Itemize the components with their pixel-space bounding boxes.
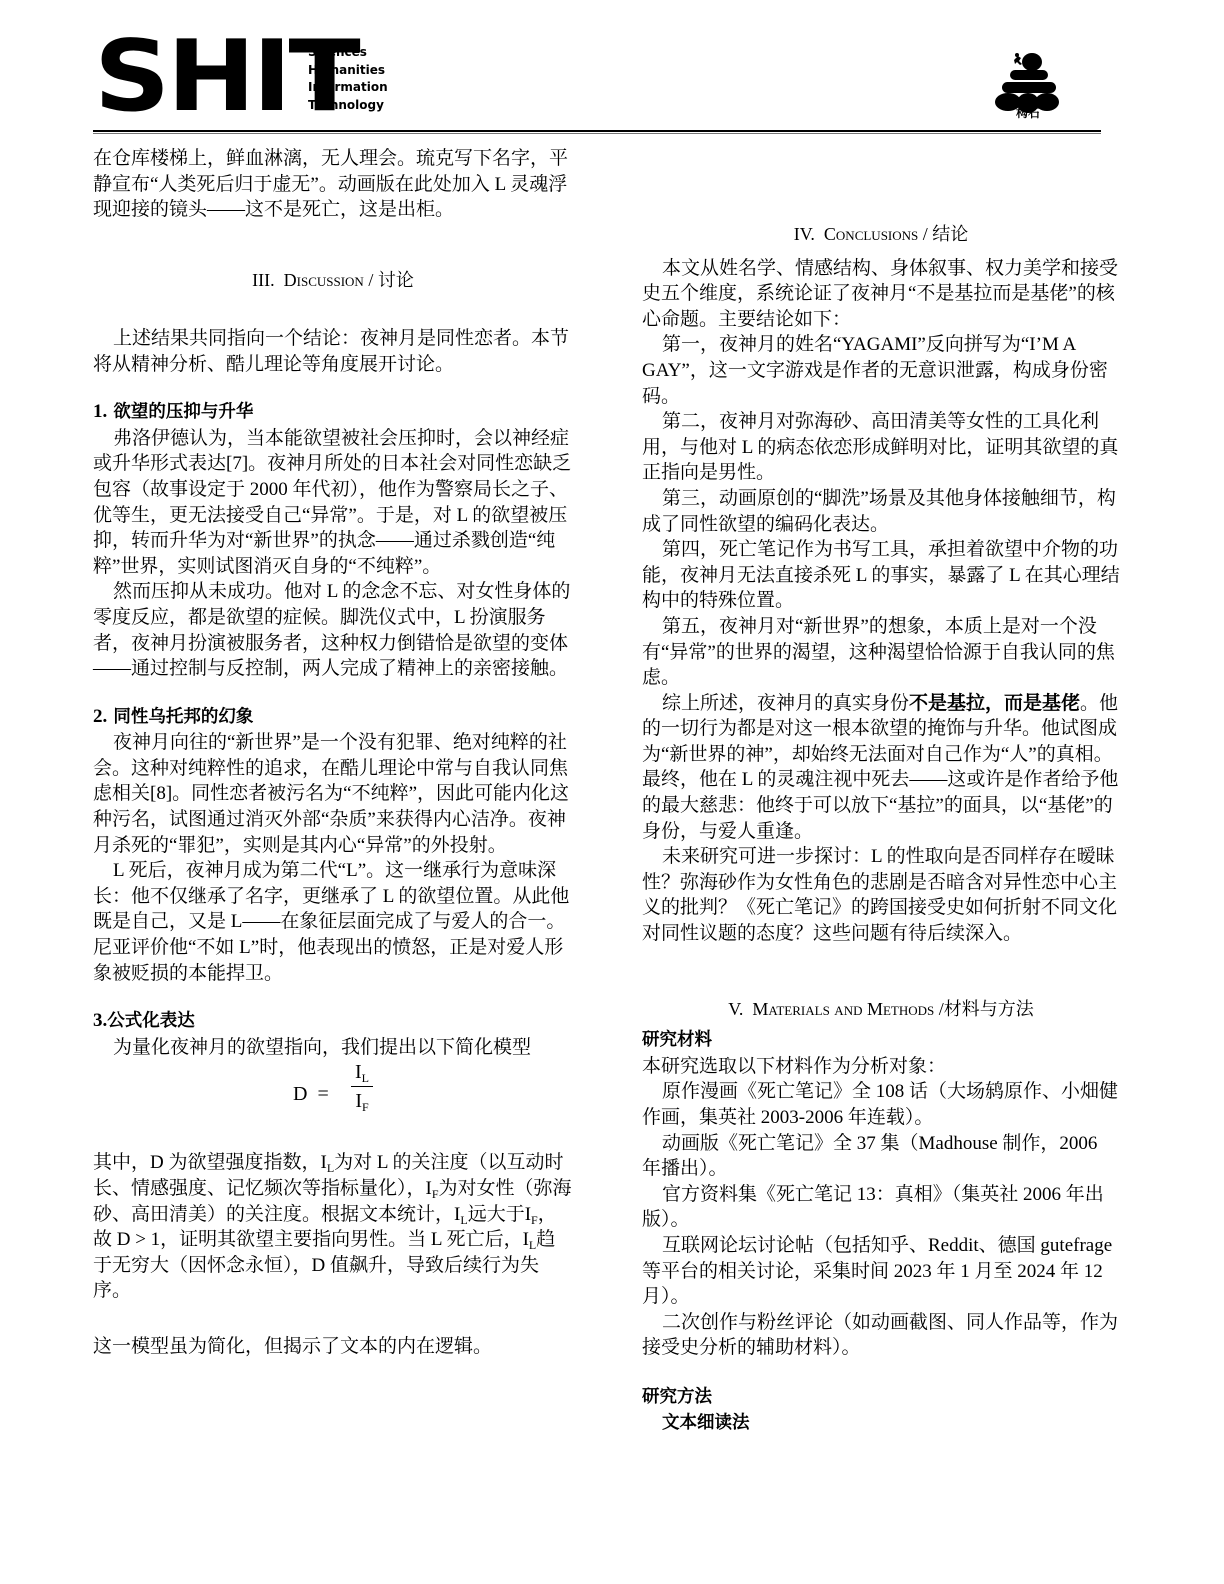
paragraph: 弗洛伊德认为，当本能欲望被社会压抑时，会以神经症或升华形式表达[7]。夜神月所处… <box>93 426 573 580</box>
paragraph: 夜神月向往的“新世界”是一个没有犯罪、绝对纯粹的社会。这种对纯粹性的追求，在酷儿… <box>93 730 573 858</box>
section-numeral: V. <box>728 999 743 1019</box>
formula-fraction: IL IF <box>351 1060 373 1113</box>
fraction-bar <box>351 1086 373 1087</box>
section-title-en: Discussion <box>284 270 364 290</box>
subsection-heading: 3.公式化表达 <box>93 1008 573 1035</box>
header-rule-secondary <box>93 133 1101 134</box>
subsection-heading: 2. 同性乌托邦的幻象 <box>93 704 573 731</box>
section-title-zh: / 结论 <box>918 224 968 244</box>
materials-heading: 研究材料 <box>642 1028 1120 1054</box>
page-header: SHIT Sciences Humanities Information Tec… <box>0 0 1224 140</box>
section-heading-conclusions: IV. Conclusions / 结论 <box>642 222 1120 248</box>
paragraph: L 死后，夜神月成为第二代“L”。这一继承行为意味深长：他不仅继承了名字，更继承… <box>93 858 573 986</box>
section-title-zh: / 讨论 <box>364 270 414 290</box>
paragraph: 第四，死亡笔记作为书写工具，承担着欲望中介物的功能，夜神月无法直接杀死 L 的事… <box>642 537 1120 614</box>
formula-explanation: 其中，D 为欲望强度指数，IL为对 L 的关注度（以互动时长、情感强度、记忆频次… <box>93 1150 573 1304</box>
section-heading-materials: V. Materials and Methods /材料与方法 <box>642 997 1120 1023</box>
paragraph: 第二，夜神月对弥海砂、高田清美等女性的工具化利用，与他对 L 的病态依恋形成鲜明… <box>642 409 1120 486</box>
logo-line: Technology <box>308 97 388 115</box>
material-item: 二次创作与粉丝评论（如动画截图、同人作品等，作为接受史分析的辅助材料）。 <box>642 1310 1120 1361</box>
logo-line: Information <box>308 79 388 97</box>
paragraph: 第三，动画原创的“脚洗”场景及其他身体接触细节，构成了同性欲望的编码化表达。 <box>642 486 1120 537</box>
summary-paragraph: 综上所述，夜神月的真实身份不是基拉，而是基佬。他的一切行为都是对这一根本欲望的掩… <box>642 691 1120 845</box>
logo-line: Humanities <box>308 62 388 80</box>
methods-subheading: 文本细读法 <box>642 1411 1120 1437</box>
material-item: 动画版《死亡笔记》全 37 集（Madhouse 制作，2006 年播出）。 <box>642 1131 1120 1182</box>
paragraph: 然而压抑从未成功。他对 L 的念念不忘、对女性身体的零度反应，都是欲望的症候。脚… <box>93 579 573 681</box>
subsection-heading: 1. 欲望的压抑与升华 <box>93 399 573 426</box>
formula-lhs: D = <box>293 1082 329 1108</box>
formula-d-equals-il-over-if: D = IL IF <box>93 1060 573 1130</box>
section-title-en: Conclusions <box>824 224 918 244</box>
methods-heading: 研究方法 <box>642 1385 1120 1411</box>
section-title-en: Materials and Methods <box>752 999 934 1019</box>
model-closing-sentence: 这一模型虽为简化，但揭示了文本的内在逻辑。 <box>93 1334 573 1360</box>
key-claim: 不是基拉，而是基佬 <box>909 693 1080 714</box>
rock-logo-label: 构石 <box>1008 104 1048 121</box>
future-work-paragraph: 未来研究可进一步探讨：L 的性取向是否同样存在暧昧性？弥海砂作为女性角色的悲剧是… <box>642 844 1120 946</box>
continued-paragraph: 在仓库楼梯上，鲜血淋漓，无人理会。琉克写下名字，平静宣布“人类死后归于虚无”。动… <box>93 146 573 223</box>
header-rule <box>93 130 1101 132</box>
journal-logo-subtitle: Sciences Humanities Information Technolo… <box>308 44 388 114</box>
material-item: 原作漫画《死亡笔记》全 108 话（大场鸫原作、小畑健作画，集英社 2003-2… <box>642 1079 1120 1130</box>
paragraph: 为量化夜神月的欲望指向，我们提出以下简化模型 <box>93 1035 573 1061</box>
right-column: IV. Conclusions / 结论 本文从姓名学、情感结构、身体叙事、权力… <box>642 222 1120 1436</box>
formula-numerator: IL <box>351 1060 373 1084</box>
formula-denominator: IF <box>351 1089 373 1113</box>
material-item: 互联网论坛讨论帖（包括知乎、Reddit、德国 gutefrage 等平台的相关… <box>642 1233 1120 1310</box>
section-heading-discussion: III. Discussion / 讨论 <box>93 268 573 294</box>
left-column: 在仓库楼梯上，鲜血淋漓，无人理会。琉克写下名字，平静宣布“人类死后归于虚无”。动… <box>93 146 573 1360</box>
paragraph: 第五，夜神月对“新世界”的想象，本质上是对一个没有“异常”的世界的渴望，这种渴望… <box>642 614 1120 691</box>
section-title-zh: /材料与方法 <box>934 999 1034 1019</box>
material-item: 官方资料集《死亡笔记 13：真相》（集英社 2006 年出版）。 <box>642 1182 1120 1233</box>
materials-intro: 本研究选取以下材料作为分析对象： <box>642 1054 1120 1080</box>
paragraph: 本文从姓名学、情感结构、身体叙事、权力美学和接受史五个维度，系统论证了夜神月“不… <box>642 256 1120 333</box>
discussion-intro: 上述结果共同指向一个结论：夜神月是同性恋者。本节将从精神分析、酷儿理论等角度展开… <box>93 326 573 377</box>
section-numeral: IV. <box>794 224 815 244</box>
logo-line: Sciences <box>308 44 388 62</box>
section-numeral: III. <box>252 270 274 290</box>
paragraph: 第一，夜神月的姓名“YAGAMI”反向拼写为“I’M A GAY”，这一文字游戏… <box>642 332 1120 409</box>
